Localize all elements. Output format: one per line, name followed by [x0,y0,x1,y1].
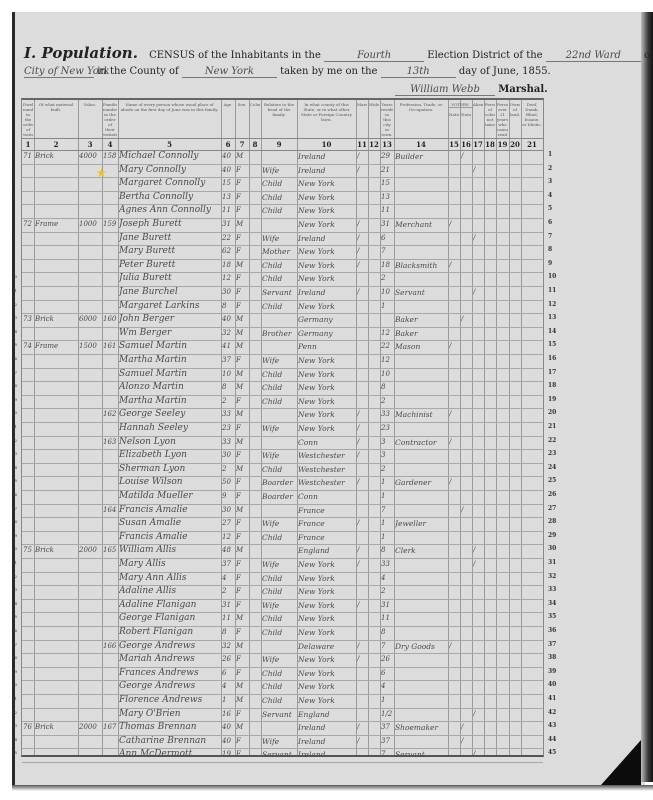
cell-naturalized: / [461,313,471,326]
cell-age: 2 [222,585,234,598]
cell-sex: F [236,449,248,462]
cell-married: / [357,640,367,653]
table-row: Mary Allis37FWifeNew York/33/ [22,558,543,573]
county-label: in the County of [97,66,179,77]
row-number: 6 [548,219,552,226]
row-number-left: 39 [12,669,17,674]
cell-married: / [357,232,367,245]
cell-resident: 1 [381,490,393,503]
cell-married: / [357,721,367,734]
column-header: Persons of color not taxed. [485,102,495,136]
row-number: 38 [548,654,556,661]
cell-relation: Wife [262,449,296,462]
row-number-left: 4 [12,193,15,198]
row-number: 7 [548,233,552,240]
cell-sex: F [236,599,248,612]
cell-name: Matilda Mueller [119,490,220,503]
row-number: 25 [548,477,556,484]
row-number: 9 [548,260,552,267]
column-header: Of what material built. [35,102,77,136]
cell-born: New York [298,680,355,693]
cell-born: New York [298,272,355,285]
cell-sex: M [236,436,248,449]
cell-resident: 1 [381,694,393,707]
cell-relation: Wife [262,517,296,530]
row-number: 1 [548,151,552,158]
row-number: 15 [548,341,556,348]
column-number: 1 [22,140,34,149]
column-number: 14 [394,140,448,149]
row-number: 5 [548,205,552,212]
cell-age: 31 [222,599,234,612]
cell-sex: M [236,463,248,476]
cell-sex: F [236,300,248,313]
row-number-left: 26 [12,492,17,497]
cell-name: Mary Connolly [119,164,220,177]
cell-relation: Child [262,626,296,639]
cell-name: John Berger [119,313,220,326]
cell-occupation: Merchant [395,218,447,231]
row-number: 27 [548,505,556,512]
cell-sex: M [236,680,248,693]
row-number: 17 [548,369,556,376]
of-label: of [644,50,653,61]
cell-relation: Wife [262,735,296,748]
column-number: 10 [297,140,356,149]
row-number: 22 [548,437,556,444]
cell-alien: / [473,708,483,721]
cell-age: 19 [222,748,234,761]
cell-born: New York [298,381,355,394]
cell-value: 2000 [79,544,101,557]
column-number: 2 [34,140,78,149]
cell-born: Ireland [298,721,355,734]
cell-age: 40 [222,721,234,734]
cell-married: / [357,735,367,748]
cell-relation: Child [262,463,296,476]
cell-born: New York [298,245,355,258]
cell-born: New York [298,599,355,612]
column-number: 9 [261,140,297,149]
cell-sex: M [236,721,248,734]
table-row: 75Brick2000165William Allis48MEngland/8C… [22,544,543,559]
column-number: 21 [521,140,543,149]
cell-sex: M [236,259,248,272]
cell-relation: Child [262,177,296,190]
row-number-left: 15 [12,342,17,347]
county-line: City of New York in the County of New Yo… [24,66,551,78]
column-number: 6 [221,140,235,149]
cell-name: Susan Amalie [119,517,220,530]
row-number-left: 8 [12,247,15,252]
cell-sex: F [236,476,248,489]
cell-resident: 1/2 [381,708,393,721]
column-header: Owners of land. [510,102,520,136]
row-number-left: 2 [12,166,15,171]
cell-relation: Wife [262,164,296,177]
cell-resident: 1 [381,517,393,530]
cell-name: Michael Connolly [119,150,220,163]
marshal-line: William Webb Marshal. [395,84,548,96]
date-label: day of June, 1855. [459,66,551,77]
cell-material: Frame [35,218,77,231]
cell-name: Nelson Lyon [119,436,220,449]
table-row: Jane Burett22FWifeIreland/6/ [22,232,543,247]
cell-family: 163 [103,436,117,449]
cell-resident: 1 [381,300,393,313]
table-row: Hannah Seeley23FWifeNew York/23 [22,422,543,437]
cell-name: Sherman Lyon [119,463,220,476]
cell-name: George Andrews [119,680,220,693]
cell-age: 2 [222,395,234,408]
column-number: 18 [484,140,496,149]
cell-sex: F [236,626,248,639]
cell-name: Mary Burett [119,245,220,258]
cell-age: 22 [222,232,234,245]
cell-married: / [357,259,367,272]
column-number: 8 [249,140,261,149]
cell-name: Peter Burett [119,259,220,272]
cell-resident: 37 [381,721,393,734]
cell-name: Margaret Larkins [119,300,220,313]
cell-age: 18 [222,259,234,272]
cell-name: Wm Berger [119,327,220,340]
cell-family: 162 [103,408,117,421]
cell-name: Jane Burchel [119,286,220,299]
cell-alien: / [473,232,483,245]
cell-material: Brick [35,544,77,557]
column-number: 17 [472,140,484,149]
cell-name: Adaline Flanigan [119,599,220,612]
cell-married: / [357,544,367,557]
cell-name: Adaline Allis [119,585,220,598]
cell-alien: / [473,286,483,299]
row-number-left: 10 [12,274,17,279]
cell-resident: 6 [381,232,393,245]
column-header: Profession, Trade, or Occupation. [395,102,447,136]
cell-age: 16 [222,708,234,721]
cell-alien: / [473,544,483,557]
cell-sex: F [236,531,248,544]
cell-dwelling: 72 [23,218,33,231]
cell-born: Ireland [298,748,355,761]
cell-native: / [449,218,459,231]
cell-occupation: Baker [395,327,447,340]
table-row: Adaline Allis2FChildNew York2 [22,585,543,600]
cell-naturalized: / [461,721,471,734]
cell-material: Frame [35,340,77,353]
table-row: Jane Burchel30FServantIreland/10Servant/ [22,286,543,301]
cell-age: 40 [222,735,234,748]
title-line: I. Population. CENSUS of the Inhabitants… [24,44,653,62]
cell-relation: Child [262,694,296,707]
cell-sex: F [236,286,248,299]
table-row: 74Frame1500161Samuel Martin41MPenn22Maso… [22,340,543,355]
cell-born: New York [298,408,355,421]
cell-resident: 12 [381,354,393,367]
row-number: 2 [548,165,552,172]
cell-name: George Seeley [119,408,220,421]
column-header: Married. [357,102,367,136]
cell-naturalized: / [461,504,471,517]
row-number-left: 43 [12,723,17,728]
cell-relation: Wife [262,653,296,666]
table-row: Alonzo Martin8MChildNew York8 [22,381,543,396]
column-header: In what county of this State, or in what… [298,102,355,136]
cell-born: Westchester [298,463,355,476]
cell-native: / [449,259,459,272]
cell-age: 30 [222,286,234,299]
cell-sex: F [236,422,248,435]
cell-dwelling: 73 [23,313,33,326]
cell-age: 48 [222,544,234,557]
row-number: 40 [548,681,556,688]
cell-relation: Boarder [262,476,296,489]
cell-sex: F [236,517,248,530]
cell-family: 166 [103,640,117,653]
row-number: 24 [548,464,556,471]
cell-name: Thomas Brennan [119,721,220,734]
cell-born: New York [298,626,355,639]
table-row: Florence Andrews1MChildNew York1 [22,694,543,709]
cell-relation: Mother [262,245,296,258]
cell-name: Florence Andrews [119,694,220,707]
row-number: 8 [548,246,552,253]
cell-relation: Child [262,572,296,585]
column-header: Persons over 21 years who cannot read an… [497,102,508,136]
cell-name: Mariah Andrews [119,653,220,666]
cell-relation: Brother [262,327,296,340]
table-row: Ann McDermott19FServantIreland7Servant/ [22,748,543,763]
cell-relation: Child [262,300,296,313]
cell-resident: 37 [381,735,393,748]
cell-relation: Servant [262,748,296,761]
cell-sex: F [236,232,248,245]
cell-sex: F [236,245,248,258]
cell-age: 4 [222,680,234,693]
row-number-left: 3 [12,179,15,184]
cell-age: 12 [222,531,234,544]
book-spine [641,12,653,782]
cell-name: Alonzo Martin [119,381,220,394]
table-row: Mary Burett62FMotherNew York/7 [22,245,543,260]
cell-born: Ireland [298,150,355,163]
cell-born: Ireland [298,164,355,177]
cell-married: / [357,599,367,612]
cell-name: Louise Wilson [119,476,220,489]
cell-dwelling: 71 [23,150,33,163]
cell-born: France [298,531,355,544]
row-number: 29 [548,532,556,539]
cell-occupation: Machinist [395,408,447,421]
table-row: Elizabeth Lyon30FWifeWestchester/3 [22,449,543,464]
cell-sex: F [236,164,248,177]
cell-born: New York [298,395,355,408]
row-number-left: 21 [12,424,17,429]
cell-age: 41 [222,340,234,353]
table-row: Susan Amalie27FWifeFrance/1Jeweller [22,517,543,532]
cell-native: / [449,476,459,489]
census-table: Dwellings numbered in the order of visit… [21,98,544,757]
voters-header: VOTERS [448,102,472,108]
cell-resident: 4 [381,680,393,693]
cell-naturalized: / [461,735,471,748]
cell-sex: F [236,204,248,217]
cell-sex: M [236,381,248,394]
cell-sex: F [236,572,248,585]
cell-occupation: Dry Goods [395,640,447,653]
table-row: Martha Martin37FWifeNew York12 [22,354,543,369]
cell-relation: Wife [262,422,296,435]
row-number: 35 [548,613,556,620]
cell-sex: F [236,354,248,367]
cell-resident: 2 [381,585,393,598]
column-header: Value. [79,102,101,136]
cell-sex: M [236,368,248,381]
cell-resident: 10 [381,368,393,381]
cell-resident: 11 [381,204,393,217]
table-row: Mary O'Brien16FServantEngland1/2/ [22,708,543,723]
row-number: 37 [548,641,556,648]
table-row: Samuel Martin10MChildNew York10 [22,368,543,383]
row-number-left: 41 [12,696,17,701]
row-number: 11 [548,287,556,294]
cell-age: 62 [222,245,234,258]
cell-relation: Child [262,191,296,204]
table-row: Frances Andrews6FChildNew York6 [22,667,543,682]
row-number-left: 28 [12,519,17,524]
cell-resident: 26 [381,653,393,666]
cell-sex: M [236,218,248,231]
cell-occupation: Blacksmith [395,259,447,272]
cell-age: 30 [222,504,234,517]
cell-born: Westchester [298,449,355,462]
row-number-left: 32 [12,574,17,579]
row-number-left: 12 [12,302,17,307]
cell-occupation: Builder [395,150,447,163]
cell-born: New York [298,191,355,204]
cell-age: 40 [222,164,234,177]
cell-age: 33 [222,436,234,449]
cell-born: New York [298,259,355,272]
column-header: Age. [222,102,234,136]
table-row: Mary Ann Allis4FChildNew York4 [22,572,543,587]
row-number: 14 [548,328,556,335]
column-header: Families numbered in the order of their … [103,102,117,136]
cell-sex: F [236,395,248,408]
table-row: 72Frame1000159Joseph Burett31MNew York/3… [22,218,543,233]
cell-married: / [357,436,367,449]
column-header: Name of every person whose usual place o… [119,102,220,136]
row-number-left: 13 [12,315,17,320]
cell-relation: Child [262,204,296,217]
cell-sex: M [236,612,248,625]
column-header: Color. [250,102,260,136]
column-number: 16 [460,140,472,149]
cell-age: 11 [222,204,234,217]
table-row: 163Nelson Lyon33MConn/3Contractor/ [22,436,543,451]
cell-name: Bertha Connolly [119,191,220,204]
cell-sex: M [236,313,248,326]
row-number: 45 [548,749,556,756]
taken-label: taken by me on the [280,66,377,77]
row-number-left: 33 [12,587,17,592]
cell-relation: Child [262,585,296,598]
cell-family: 165 [103,544,117,557]
cell-married: / [357,408,367,421]
cell-age: 6 [222,667,234,680]
row-number: 4 [548,192,552,199]
table-row: Robert Flanigan8FChildNew York8 [22,626,543,641]
cell-born: France [298,517,355,530]
cell-born: Conn [298,490,355,503]
column-number: 15 [448,140,460,149]
row-number-left: 29 [12,533,17,538]
cell-relation: Child [262,531,296,544]
cell-relation: Wife [262,354,296,367]
cell-age: 26 [222,653,234,666]
row-number: 19 [548,396,556,403]
cell-native: / [449,408,459,421]
cell-name: Mary Ann Allis [119,572,220,585]
cell-resident: 8 [381,381,393,394]
cell-relation: Child [262,381,296,394]
cell-sex: F [236,558,248,571]
cell-name: Margaret Connolly [119,177,220,190]
row-number: 30 [548,545,556,552]
cell-married: / [357,653,367,666]
row-number-left: 17 [12,370,17,375]
row-number: 36 [548,627,556,634]
table-row: Francis Amalie12FChildFrance1 [22,531,543,546]
election-district-label: Election District of the [427,50,542,61]
row-number-left: 22 [12,438,17,443]
cell-resident: 23 [381,422,393,435]
cell-resident: 13 [381,191,393,204]
table-row: Wm Berger32MBrotherGermany12Baker [22,327,543,342]
cell-age: 37 [222,558,234,571]
cell-age: 4 [222,572,234,585]
cell-naturalized: / [461,150,471,163]
cell-resident: 10 [381,286,393,299]
cell-name: Elizabeth Lyon [119,449,220,462]
cell-occupation: Contractor [395,436,447,449]
cell-dwelling: 74 [23,340,33,353]
row-number-left: 19 [12,397,17,402]
cell-name: Francis Amalie [119,504,220,517]
cell-married: / [357,150,367,163]
cell-dwelling: 75 [23,544,33,557]
cell-resident: 33 [381,558,393,571]
column-number: 19 [496,140,509,149]
cell-dwelling: 76 [23,721,33,734]
cell-born: Westchester [298,476,355,489]
cell-resident: 15 [381,177,393,190]
row-number: 18 [548,382,556,389]
cell-name: Hannah Seeley [119,422,220,435]
cell-sex: M [236,150,248,163]
cell-resident: 4 [381,572,393,585]
cell-name: Robert Flanigan [119,626,220,639]
ward-value: 22nd Ward [546,50,641,62]
cell-resident: 2 [381,463,393,476]
cell-occupation: Servant [395,286,447,299]
cell-resident: 31 [381,599,393,612]
cell-age: 23 [222,422,234,435]
cell-material: Brick [35,313,77,326]
cell-name: George Andrews [119,640,220,653]
table-row: Matilda Mueller9FBoarderConn1 [22,490,543,505]
